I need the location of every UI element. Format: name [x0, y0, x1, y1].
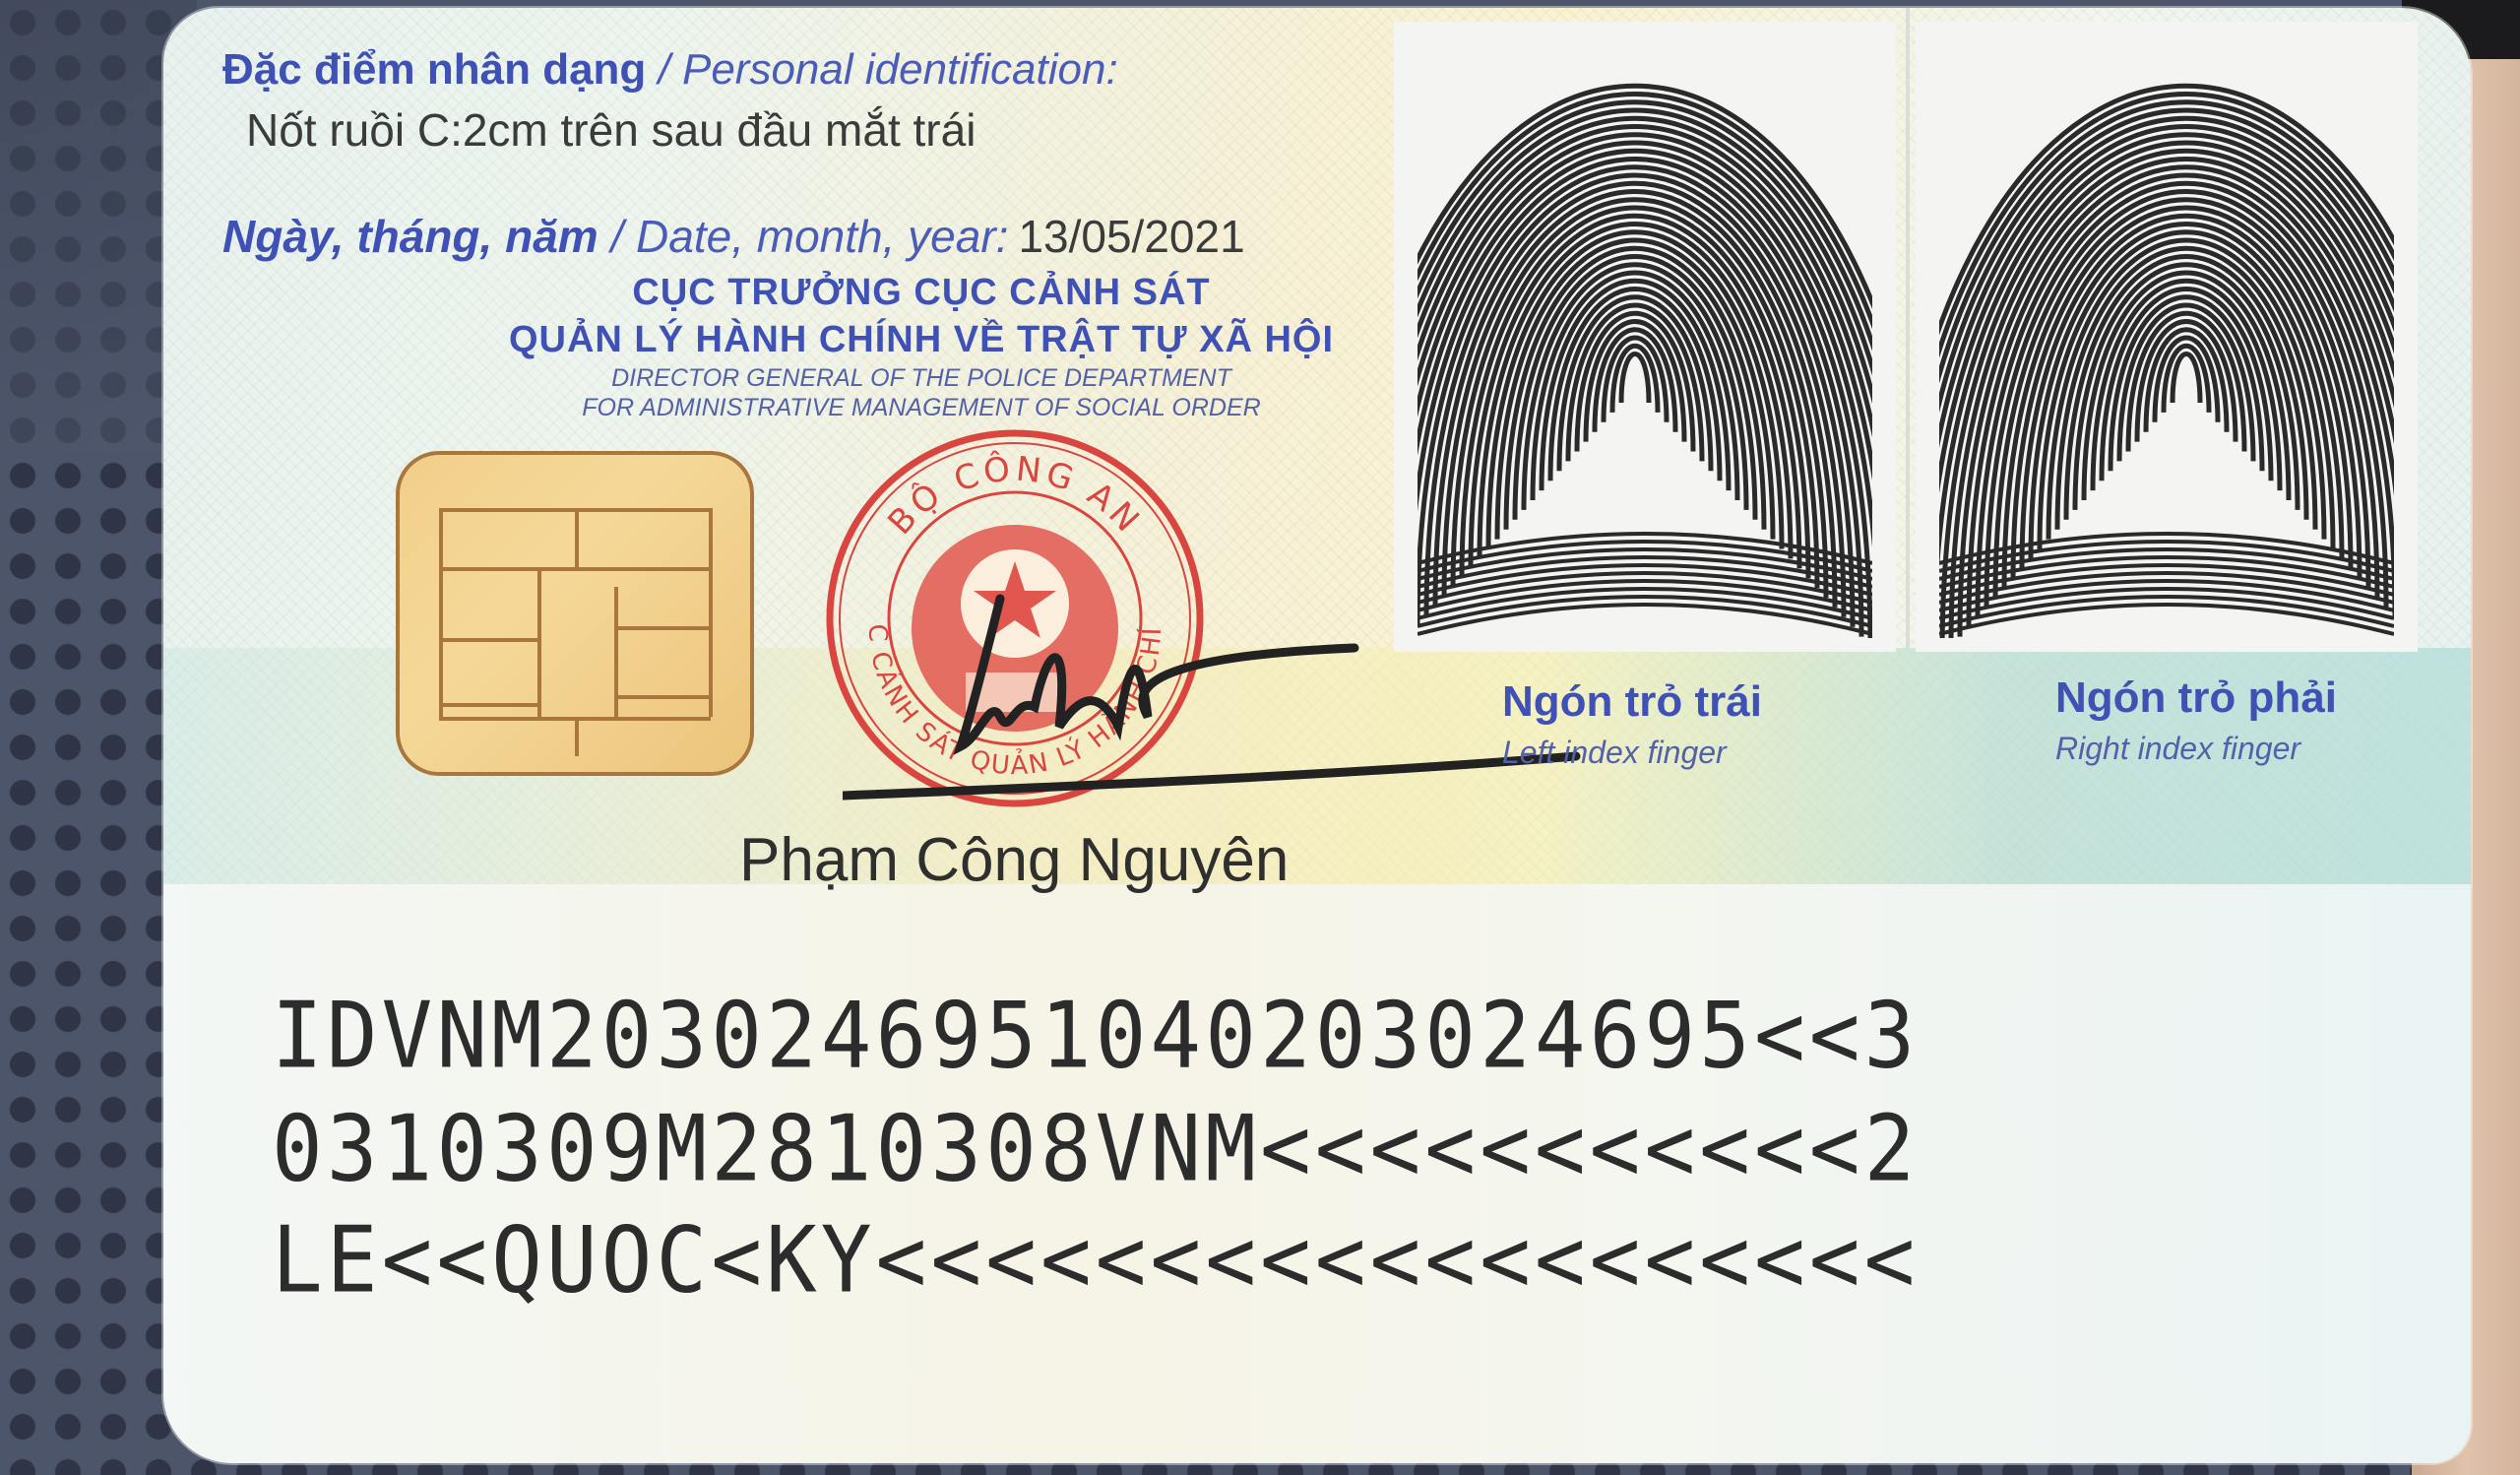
fingerprint-icon [1417, 51, 1872, 638]
issue-date-row: Ngày, tháng, năm / Date, month, year:13/… [222, 210, 1245, 263]
fingerprint-icon [1939, 51, 2394, 638]
issuer-title-en-1: DIRECTOR GENERAL OF THE POLICE DEPARTMEN… [419, 364, 1423, 393]
mrz-line-3: LE<<QUOC<KY<<<<<<<<<<<<<<<<<<< [272, 1207, 1919, 1314]
right-finger-label-vi: Ngón trỏ phải [2055, 673, 2337, 723]
mrz-line-1: IDVNM2030246951040203024695<<3 [272, 983, 1919, 1089]
issue-date-label-vi: Ngày, tháng, năm [222, 211, 598, 262]
personal-identification-label-vi: Đặc điểm nhân dạng [222, 45, 646, 94]
label-separator: / [646, 45, 682, 94]
mrz-line-2: 0310309M2810308VNM<<<<<<<<<<<2 [272, 1096, 1919, 1202]
right-index-fingerprint [1916, 22, 2418, 652]
left-index-fingerprint [1394, 22, 1896, 652]
right-finger-label-en: Right index finger [2055, 731, 2337, 767]
smart-chip-icon [396, 451, 754, 776]
left-finger-label-en: Left index finger [1502, 735, 1762, 771]
label-separator: / [598, 211, 636, 262]
issue-date-label-en: Date, month, year: [636, 211, 1008, 262]
personal-identification-label: Đặc điểm nhân dạng / Personal identifica… [222, 45, 1118, 95]
issue-date-value: 13/05/2021 [1018, 211, 1244, 262]
issuer-title-en-2: FOR ADMINISTRATIVE MANAGEMENT OF SOCIAL … [419, 394, 1423, 422]
signatory-name: Phạm Công Nguyên [739, 825, 1289, 895]
fingerprint-divider [1906, 8, 1910, 648]
issuer-title-vi-2: QUẢN LÝ HÀNH CHÍNH VỀ TRẬT TỰ XÃ HỘI [419, 319, 1423, 361]
personal-identification-value: Nốt ruồi C:2cm trên sau đầu mắt trái [246, 102, 1132, 158]
left-index-finger-label: Ngón trỏ trái Left index finger [1502, 677, 1762, 771]
personal-identification-label-en: Personal identification: [682, 45, 1118, 94]
left-finger-label-vi: Ngón trỏ trái [1502, 677, 1762, 727]
issuer-title-vi-1: CỤC TRƯỞNG CỤC CẢNH SÁT [419, 272, 1423, 314]
right-index-finger-label: Ngón trỏ phải Right index finger [2055, 673, 2337, 767]
id-card-back: Đặc điểm nhân dạng / Personal identifica… [163, 8, 2471, 1463]
